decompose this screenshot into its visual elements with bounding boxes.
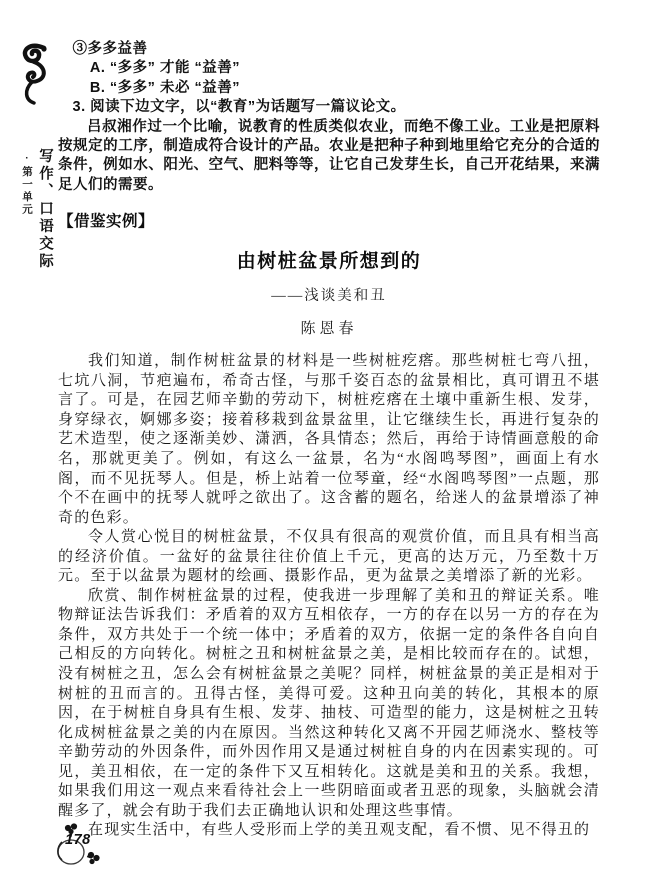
- essay-paragraph-2: 令人赏心悦目的树桩盆景，不仅具有很高的观赏价值，而且具有相当高的经济价值。一盆好…: [58, 528, 600, 587]
- sidebar-unit-number: ·第一单元: [20, 152, 35, 271]
- exercise-option-b: B. “多多” 未必 “益善”: [58, 79, 600, 98]
- exercise-option-c: ③多多益善: [58, 40, 600, 59]
- page-content: ③多多益善 A. “多多” 才能 “益善” B. “多多” 未必 “益善” 3.…: [58, 40, 600, 841]
- essay-paragraph-3: 欣赏、制作树桩盆景的过程，使我进一步理解了美和丑的辩证关系。唯物辩证法告诉我们：…: [58, 587, 600, 822]
- exercise-option-a: A. “多多” 才能 “益善”: [58, 59, 600, 78]
- page-number: 178: [65, 832, 91, 848]
- essay-title: 由树桩盆景所想到的: [58, 246, 600, 273]
- essay-subtitle: ——浅谈美和丑: [58, 284, 600, 305]
- corner-flourish-icon: [20, 42, 50, 106]
- exercise-passage: 吕叔湘作过一个比喻，说教育的性质类似农业，而绝不像工业。工业是把原料按规定的工序…: [58, 118, 600, 196]
- sidebar-section-title: 写作、口语交际: [35, 148, 56, 271]
- section-header: 【借鉴实例】: [58, 209, 600, 231]
- textbook-page: 写作、口语交际 ·第一单元 ③多多益善 A. “多多” 才能 “益善” B. “…: [0, 0, 650, 890]
- page-number-ornament: 178: [54, 822, 106, 870]
- essay-author: 陈恩春: [58, 317, 600, 338]
- essay-paragraph-4: 在现实生活中，有些人受形而上学的美丑观支配，看不惯、见不得丑的: [58, 821, 600, 841]
- sidebar-unit-label: 写作、口语交际 ·第一单元: [20, 148, 56, 271]
- exercise-question-3: 3. 阅读下边文字，以“教育”为话题写一篇议论文。: [58, 98, 600, 117]
- essay-paragraph-1: 我们知道，制作树桩盆景的材料是一些树桩疙瘩。那些树桩七弯八扭，七坑八洞，节疤遍布…: [58, 352, 600, 528]
